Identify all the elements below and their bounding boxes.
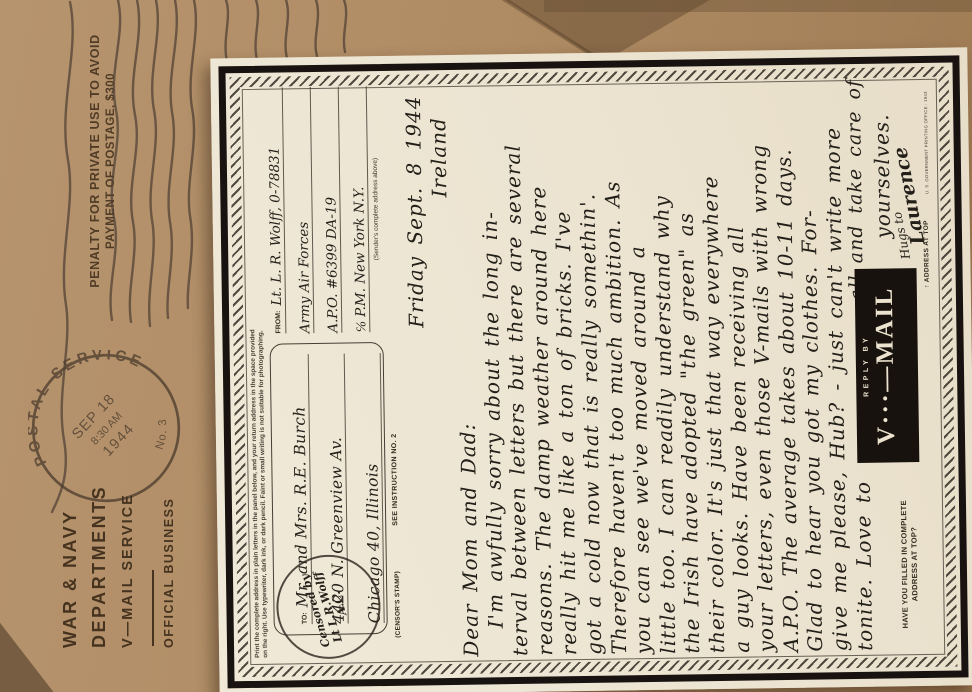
letter-place: Ireland xyxy=(426,117,451,198)
censor-stamp-label: (CENSOR'S STAMP) xyxy=(394,571,402,638)
closing-segment-left: tonite. Love to xyxy=(851,481,878,651)
up-arrow-icon: ↑ xyxy=(924,284,931,288)
vmail-form: Print the complete address in plain lett… xyxy=(210,47,972,692)
official-business-label: OFFICIAL BUSINESS xyxy=(162,398,176,648)
from-address-block: FROM: Lt. L. R. Wolff, 0-78831 Army Air … xyxy=(255,86,371,334)
dept-divider xyxy=(152,570,154,646)
from-line-1: Lt. L. R. Wolff, 0-78831 xyxy=(267,147,285,306)
footer-question: HAVE YOU FILLED IN COMPLETE ADDRESS AT T… xyxy=(899,484,921,644)
see-instruction-label: SEE INSTRUCTION NO. 2 xyxy=(391,433,399,526)
from-line-3: A.P.O. #6399 DA-19 xyxy=(323,197,341,333)
dept-line-3: V—MAIL SERVICE xyxy=(114,398,142,648)
from-label: FROM: xyxy=(273,310,285,333)
vmail-logo: REPLY BY V···—MAIL xyxy=(854,268,919,463)
sender-department-block: WAR & NAVY DEPARTMENTS V—MAIL SERVICE OF… xyxy=(56,398,176,648)
vmail-logo-reply-by: REPLY BY xyxy=(861,269,871,463)
closing-segment-right: all and take care of xyxy=(843,79,868,301)
from-line-2: Army Air Forces xyxy=(296,222,314,334)
dept-line-1: WAR & NAVY xyxy=(56,398,85,648)
letter-date: Friday Sept. 8 1944 xyxy=(401,95,428,328)
from-row-4: ℅ P.M. New York N.Y. xyxy=(339,86,371,332)
letter-body: Dear Mom and Dad: I'm awfully sorry abou… xyxy=(451,127,852,657)
dept-line-2: DEPARTMENTS xyxy=(85,398,114,648)
from-row-1: FROM: Lt. L. R. Wolff, 0-78831 xyxy=(255,87,287,333)
vmail-letter: Print the complete address in plain lett… xyxy=(210,47,972,692)
vmail-logo-main: V···—MAIL xyxy=(870,268,901,462)
from-row-2: Army Air Forces xyxy=(283,87,315,333)
from-line-4: ℅ P.M. New York N.Y. xyxy=(351,186,369,332)
from-row-3: A.P.O. #6399 DA-19 xyxy=(311,87,343,333)
scanned-vmail-scene: PENALTY FOR PRIVATE USE TO AVOID PAYMENT… xyxy=(0,0,972,692)
